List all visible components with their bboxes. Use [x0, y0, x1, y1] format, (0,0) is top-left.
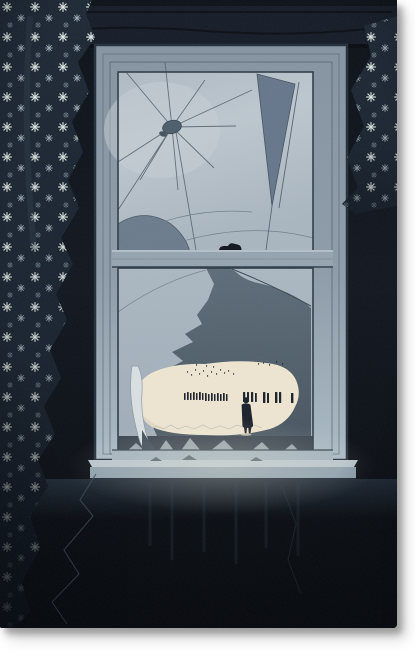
- grain-overlay: [0, 0, 397, 628]
- artwork-canvas: [0, 0, 397, 628]
- painting-card: [0, 0, 397, 628]
- scanned-page: [0, 0, 415, 652]
